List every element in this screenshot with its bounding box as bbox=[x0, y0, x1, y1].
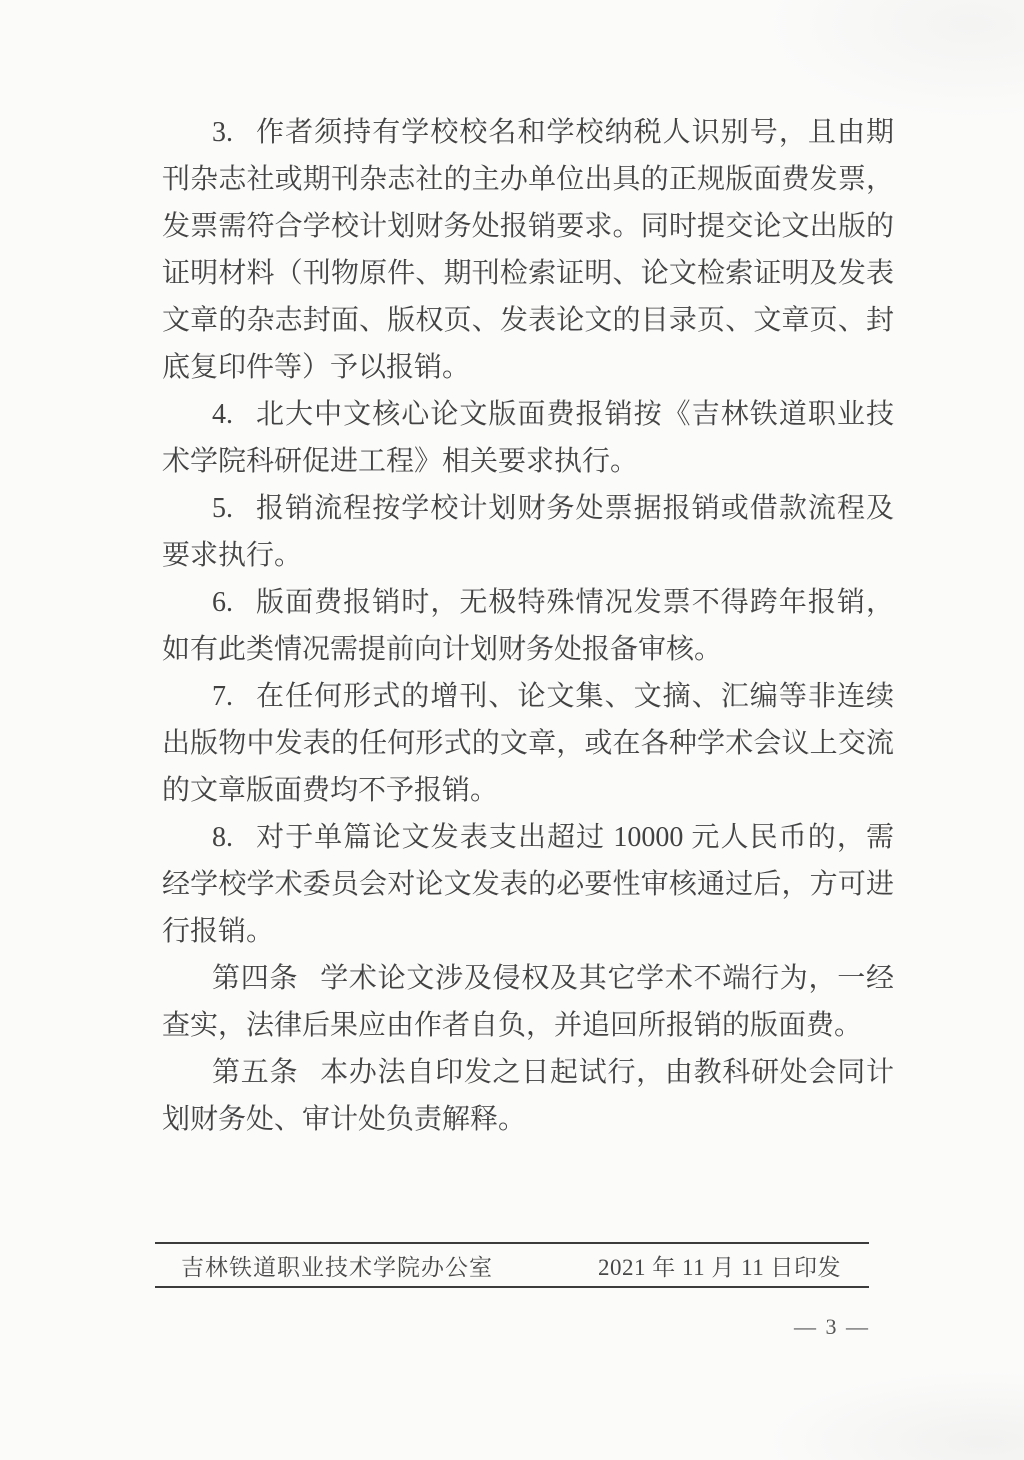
article-number: 第四条 bbox=[212, 963, 298, 994]
item-number: 5. bbox=[212, 493, 233, 524]
page-number: — 3 — bbox=[794, 1314, 870, 1340]
paragraph-item-4: 4.北大中文核心论文版面费报销按《吉林铁道职业技术学院科研促进工程》相关要求执行… bbox=[162, 391, 894, 485]
paragraph-text: 报销流程按学校计划财务处票据报销或借款流程及要求执行。 bbox=[162, 493, 894, 571]
item-number: 8. bbox=[212, 822, 233, 853]
paragraph-text: 版面费报销时，无极特殊情况发票不得跨年报销，如有此类情况需提前向计划财务处报备审… bbox=[162, 587, 894, 665]
paragraph-text: 作者须持有学校校名和学校纳税人识别号，且由期刊杂志社或期刊杂志社的主办单位出具的… bbox=[162, 117, 894, 383]
scan-noise-top bbox=[764, 0, 1024, 120]
scanned-document-page: 3.作者须持有学校校名和学校纳税人识别号，且由期刊杂志社或期刊杂志社的主办单位出… bbox=[0, 0, 1024, 1460]
paragraph-article-5: 第五条本办法自印发之日起试行，由教科研处会同计划财务处、审计处负责解释。 bbox=[162, 1049, 894, 1143]
footer-issuance-bar: 吉林铁道职业技术学院办公室 2021 年 11 月 11 日印发 bbox=[155, 1242, 869, 1288]
paragraph-item-8: 8.对于单篇论文发表支出超过 10000 元人民币的，需经学校学术委员会对论文发… bbox=[162, 814, 894, 955]
item-number: 6. bbox=[212, 587, 233, 618]
paragraph-text: 北大中文核心论文版面费报销按《吉林铁道职业技术学院科研促进工程》相关要求执行。 bbox=[162, 399, 894, 477]
paragraph-text: 对于单篇论文发表支出超过 10000 元人民币的，需经学校学术委员会对论文发表的… bbox=[162, 822, 894, 947]
item-number: 4. bbox=[212, 399, 233, 430]
paragraph-item-5: 5.报销流程按学校计划财务处票据报销或借款流程及要求执行。 bbox=[162, 485, 894, 579]
document-body: 3.作者须持有学校校名和学校纳税人识别号，且由期刊杂志社或期刊杂志社的主办单位出… bbox=[162, 109, 894, 1143]
paragraph-text: 在任何形式的增刊、论文集、文摘、汇编等非连续出版物中发表的任何形式的文章，或在各… bbox=[162, 681, 894, 806]
paragraph-article-4: 第四条学术论文涉及侵权及其它学术不端行为，一经查实，法律后果应由作者自负，并追回… bbox=[162, 955, 894, 1049]
article-number: 第五条 bbox=[212, 1057, 298, 1088]
item-number: 3. bbox=[212, 117, 233, 148]
footer-print-date: 2021 年 11 月 11 日印发 bbox=[598, 1249, 841, 1282]
scan-noise-bottom bbox=[764, 1370, 1024, 1460]
footer-issuer-office: 吉林铁道职业技术学院办公室 bbox=[181, 1249, 493, 1282]
paragraph-item-7: 7.在任何形式的增刊、论文集、文摘、汇编等非连续出版物中发表的任何形式的文章，或… bbox=[162, 673, 894, 814]
paragraph-item-3: 3.作者须持有学校校名和学校纳税人识别号，且由期刊杂志社或期刊杂志社的主办单位出… bbox=[162, 109, 894, 391]
item-number: 7. bbox=[212, 681, 233, 712]
paragraph-item-6: 6.版面费报销时，无极特殊情况发票不得跨年报销，如有此类情况需提前向计划财务处报… bbox=[162, 579, 894, 673]
